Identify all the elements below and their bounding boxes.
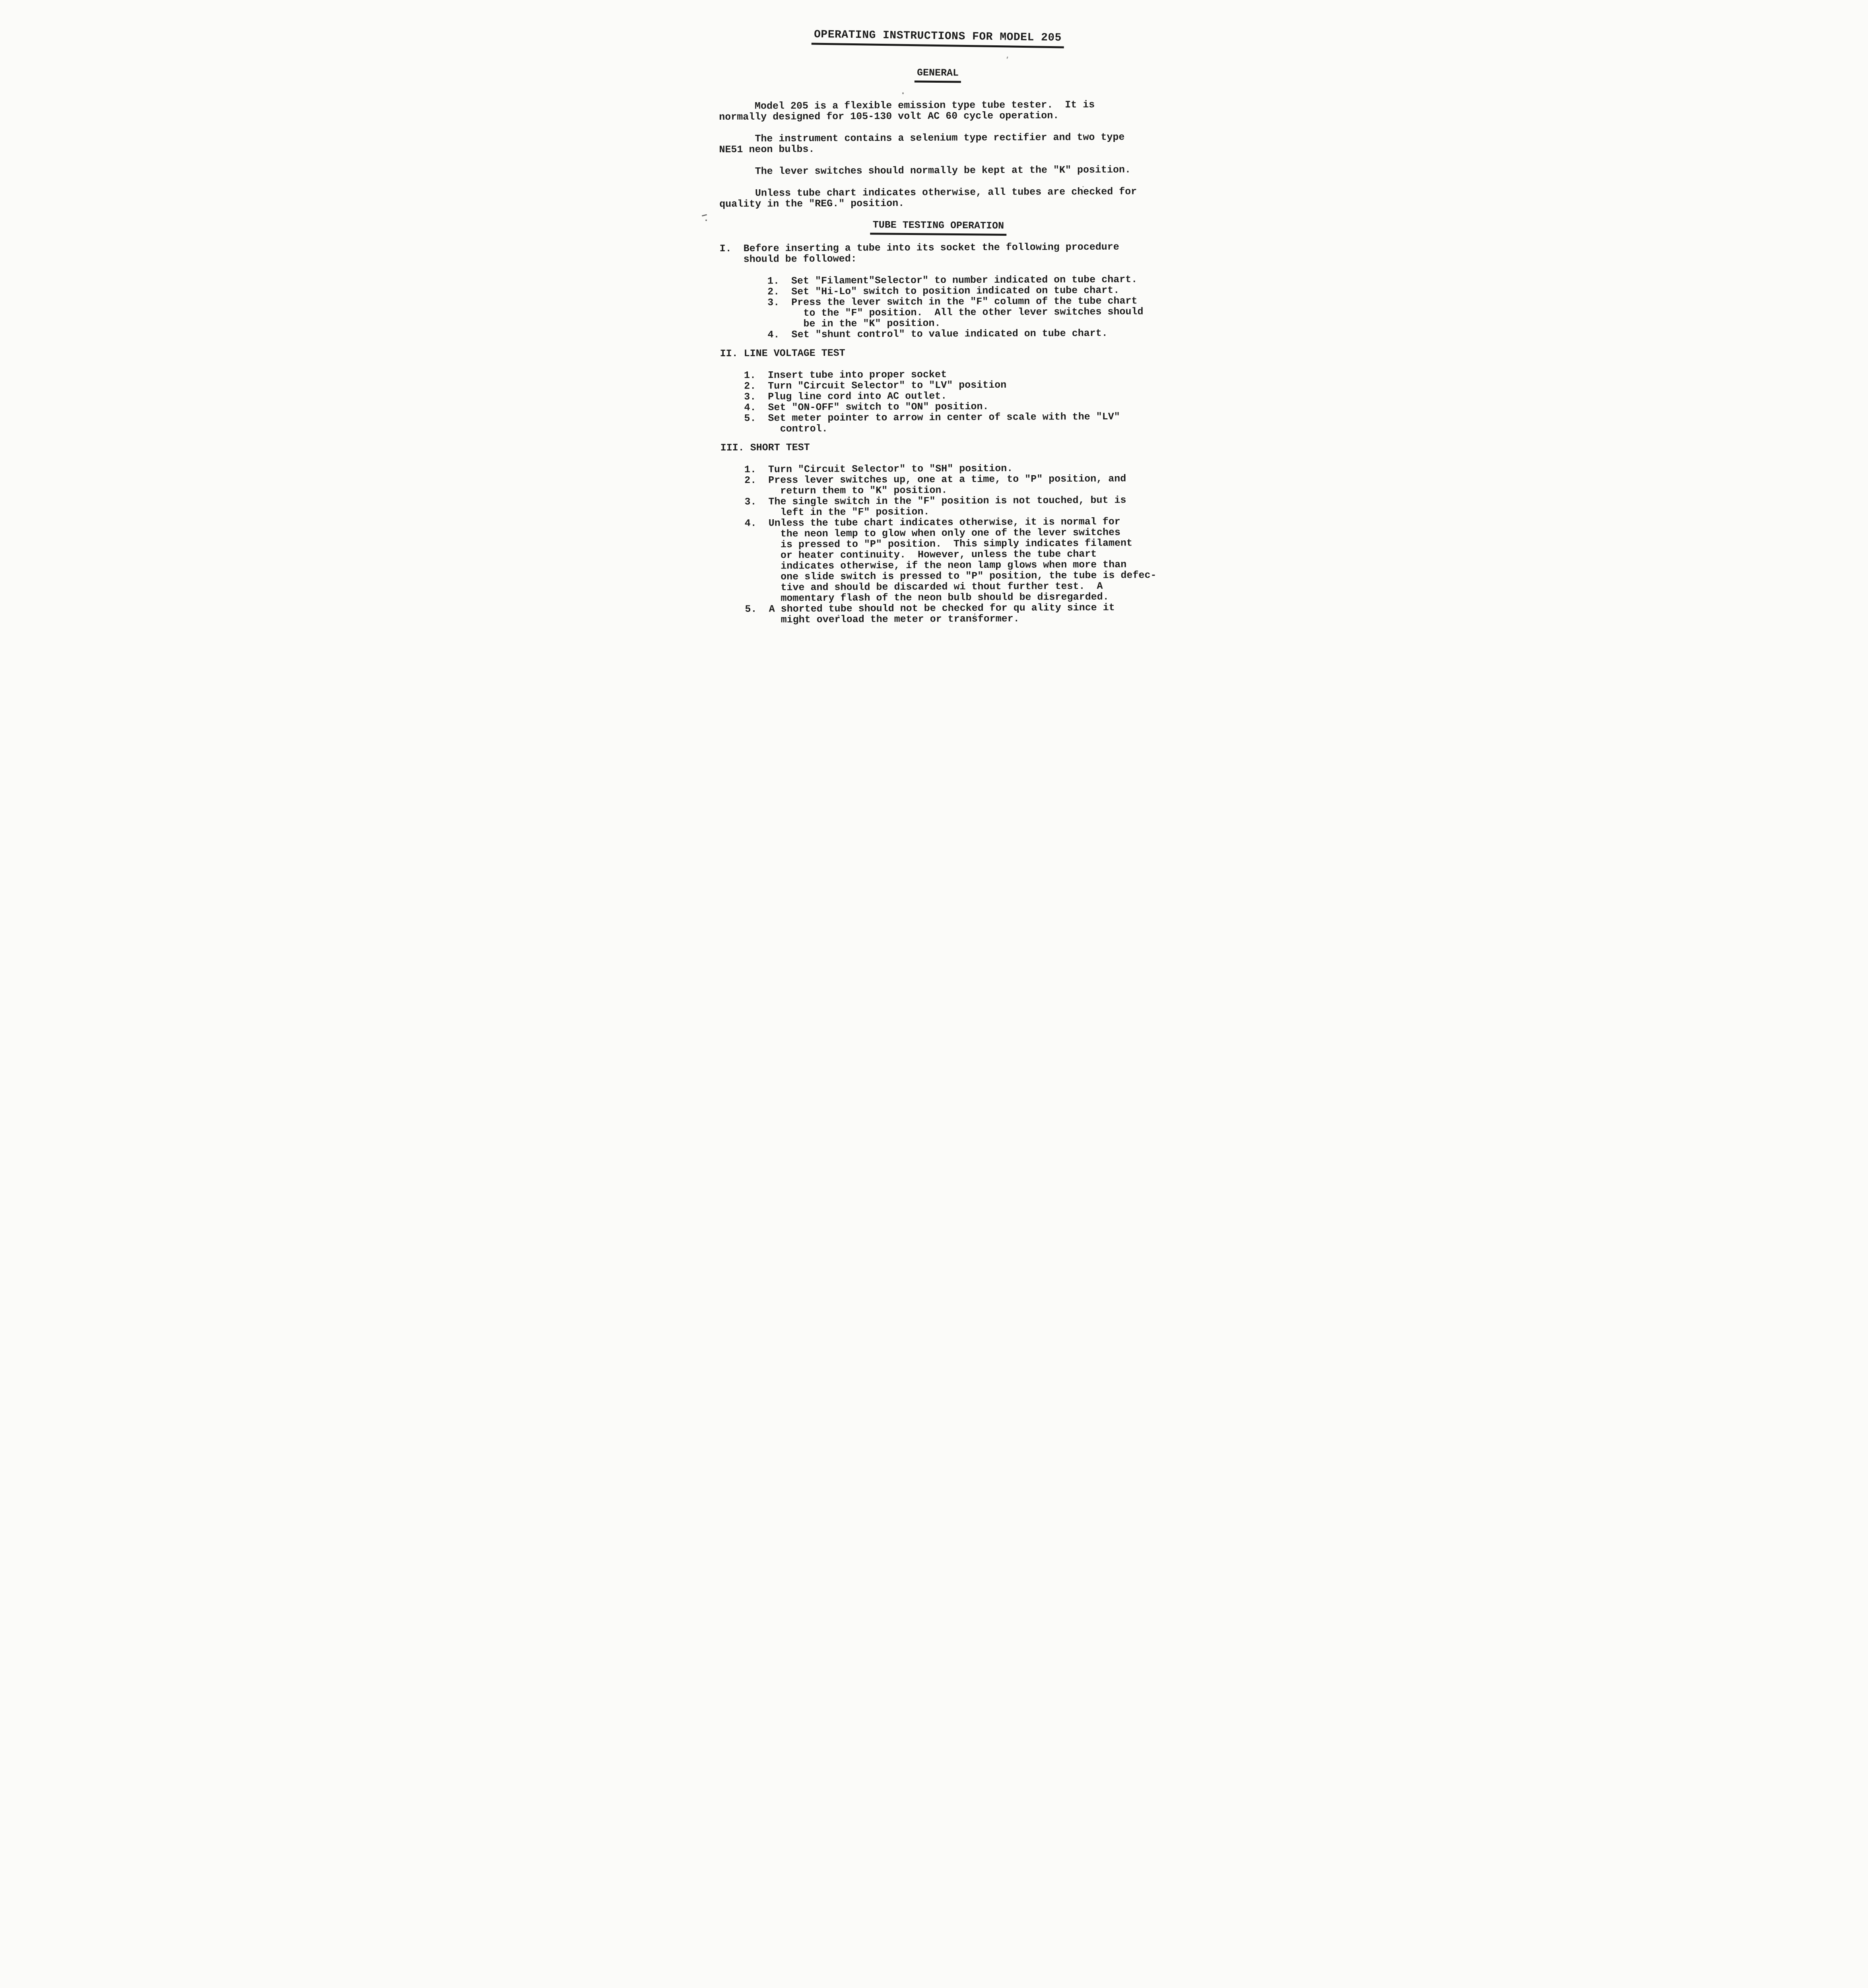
paragraph: The instrument contains a selenium type … [719, 132, 1157, 155]
document-page: OPERATING INSTRUCTIONS FOR MODEL 205 GEN… [701, 0, 1168, 631]
list-line: 3. The single switch in the "F" position… [720, 495, 1158, 507]
text-line: quality in the "REG." position. [719, 197, 1157, 210]
document-title-text: OPERATING INSTRUCTIONS FOR MODEL 205 [811, 29, 1064, 49]
text-line: Unless tube chart indicates otherwise, a… [719, 186, 1157, 199]
list-line: might overload the meter or transformer. [721, 613, 1159, 625]
list-line: 5. Set meter pointer to arrow in center … [720, 411, 1158, 424]
scan-artifact [902, 92, 904, 94]
section-heading-line: II. LINE VOLTAGE TEST [720, 346, 1157, 359]
tube-testing-heading-text: TUBE TESTING OPERATION [870, 219, 1006, 236]
section-heading-line: III. SHORT TEST [720, 441, 1158, 453]
text-line: The lever switches should normally be ke… [719, 164, 1157, 177]
section-1-before-inserting: I. Before inserting a tube into its sock… [719, 241, 1157, 340]
text-line: The instrument contains a selenium type … [719, 132, 1157, 144]
general-heading-text: GENERAL [914, 67, 961, 83]
general-paragraphs: Model 205 is a flexible emission type tu… [719, 99, 1157, 210]
text-line: NE51 neon bulbs. [719, 142, 1157, 155]
list-line: 2. Press lever switches up, one at a tim… [720, 473, 1158, 486]
scan-artifact [705, 219, 707, 221]
scan-artifact [1006, 56, 1008, 59]
section-heading-line: I. Before inserting a tube into its sock… [719, 241, 1157, 254]
scan-artifact [701, 214, 707, 216]
list-line: 4. Set "shunt control" to value indicate… [720, 328, 1157, 340]
section-2-list: 1. Insert tube into proper socket 2. Tur… [720, 368, 1158, 435]
text-line: Model 205 is a flexible emission type tu… [719, 99, 1157, 112]
section-2-line-voltage-test: II. LINE VOLTAGE TEST 1. Insert tube int… [720, 346, 1158, 435]
document-title: OPERATING INSTRUCTIONS FOR MODEL 205 [718, 27, 1156, 49]
section-3-short-test: III. SHORT TEST 1. Turn "Circuit Selecto… [720, 441, 1159, 625]
paragraph: The lever switches should normally be ke… [719, 164, 1157, 177]
paragraph: Unless tube chart indicates otherwise, a… [719, 186, 1157, 210]
section-3-list: 1. Turn "Circuit Selector" to "SH" posit… [720, 462, 1159, 625]
paragraph: Model 205 is a flexible emission type tu… [719, 99, 1157, 122]
text-line: normally designed for 105-130 volt AC 60… [719, 110, 1157, 122]
section-1-list: 1. Set "Filament"Selector" to number ind… [719, 274, 1157, 340]
tube-testing-heading: TUBE TESTING OPERATION [719, 218, 1157, 237]
list-line: to the "F" position. All the other lever… [720, 306, 1157, 319]
list-line: control. [720, 422, 1158, 435]
list-line: 5. A shorted tube should not be checked … [721, 602, 1159, 615]
document-body: Model 205 is a flexible emission type tu… [719, 99, 1159, 625]
section-heading-line: should be followed: [719, 252, 1157, 265]
general-heading: GENERAL [718, 65, 1156, 85]
